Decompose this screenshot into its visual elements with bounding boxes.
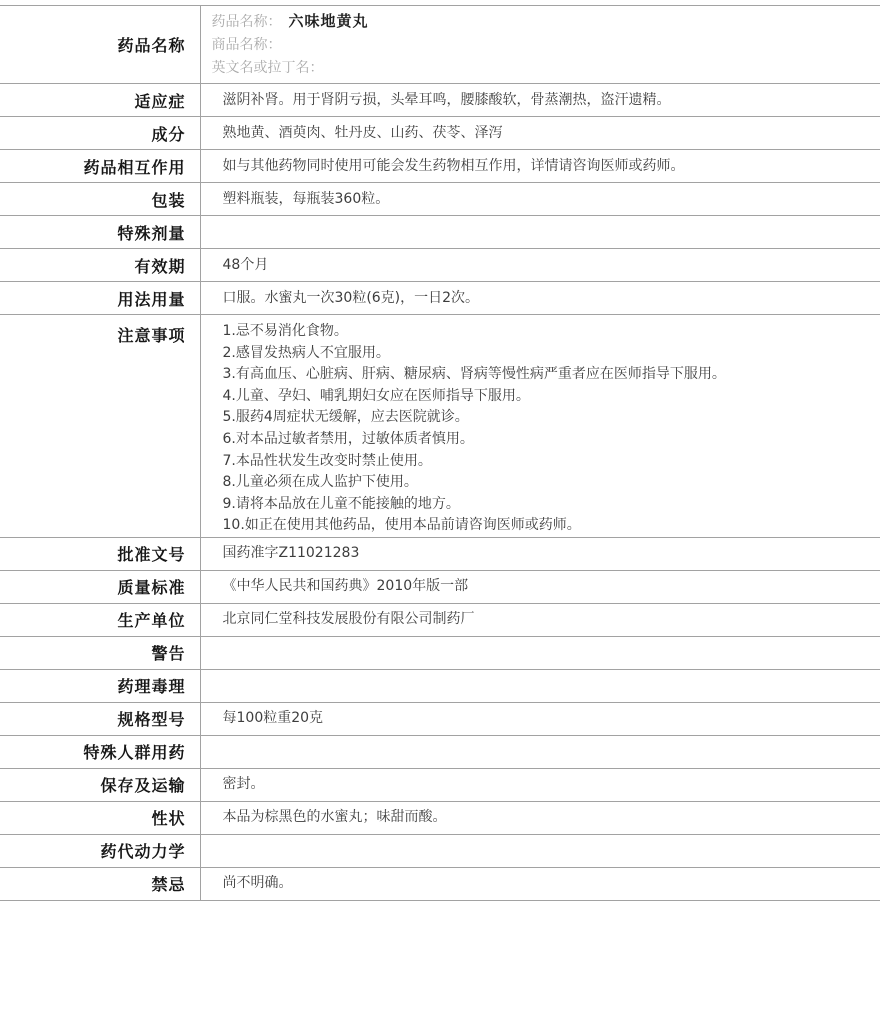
precaution-item: 2.感冒发热病人不宜服用。 bbox=[223, 343, 871, 365]
drug-name-value: 六味地黄丸 bbox=[289, 12, 369, 30]
row-content bbox=[200, 834, 880, 867]
table-row-approval-number: 批准文号 国药准字Z11021283 bbox=[0, 537, 880, 570]
field-key: 英文名或拉丁名： bbox=[212, 60, 324, 76]
precaution-item: 4.儿童、孕妇、哺乳期妇女应在医师指导下服用。 bbox=[223, 386, 871, 408]
row-label: 药理毒理 bbox=[0, 669, 200, 702]
row-label: 特殊剂量 bbox=[0, 216, 200, 249]
table-row-special-dosage: 特殊剂量 bbox=[0, 216, 880, 249]
table-row-contraindications: 禁忌 尚不明确。 bbox=[0, 867, 880, 900]
row-label: 药代动力学 bbox=[0, 834, 200, 867]
row-content: 北京同仁堂科技发展股份有限公司制药厂 bbox=[200, 603, 880, 636]
row-content bbox=[200, 735, 880, 768]
row-label: 有效期 bbox=[0, 249, 200, 282]
table-row-specification: 规格型号 每100粒重20克 bbox=[0, 702, 880, 735]
row-label: 批准文号 bbox=[0, 537, 200, 570]
row-content: 每100粒重20克 bbox=[200, 702, 880, 735]
table-row-precautions: 注意事项 1.忌不易消化食物。 2.感冒发热病人不宜服用。 3.有高血压、心脏病… bbox=[0, 315, 880, 538]
row-label: 用法用量 bbox=[0, 282, 200, 315]
table-row-properties: 性状 本品为棕黑色的水蜜丸；味甜而酸。 bbox=[0, 801, 880, 834]
table-row-special-populations: 特殊人群用药 bbox=[0, 735, 880, 768]
table-row-pharmacology-toxicology: 药理毒理 bbox=[0, 669, 880, 702]
table-row-manufacturer: 生产单位 北京同仁堂科技发展股份有限公司制药厂 bbox=[0, 603, 880, 636]
row-label: 警告 bbox=[0, 636, 200, 669]
row-content: 口服。水蜜丸一次30粒(6克)，一日2次。 bbox=[200, 282, 880, 315]
precaution-item: 3.有高血压、心脏病、肝病、糖尿病、肾病等慢性病严重者应在医师指导下服用。 bbox=[223, 364, 871, 386]
table-row-packaging: 包装 塑料瓶装，每瓶装360粒。 bbox=[0, 183, 880, 216]
row-content: 塑料瓶装，每瓶装360粒。 bbox=[200, 183, 880, 216]
row-label: 性状 bbox=[0, 801, 200, 834]
precaution-item: 5.服药4周症状无缓解，应去医院就诊。 bbox=[223, 407, 871, 429]
field-key: 药品名称： bbox=[212, 14, 282, 30]
latin-name-line: 英文名或拉丁名： bbox=[212, 56, 871, 79]
row-label: 生产单位 bbox=[0, 603, 200, 636]
row-label: 禁忌 bbox=[0, 867, 200, 900]
row-content: 熟地黄、酒萸肉、牡丹皮、山药、茯苓、泽泻 bbox=[200, 117, 880, 150]
row-label: 成分 bbox=[0, 117, 200, 150]
table-row-ingredients: 成分 熟地黄、酒萸肉、牡丹皮、山药、茯苓、泽泻 bbox=[0, 117, 880, 150]
table-row-drug-interactions: 药品相互作用 如与其他药物同时使用可能会发生药物相互作用，详情请咨询医师或药师。 bbox=[0, 150, 880, 183]
table-row-quality-standard: 质量标准 《中华人民共和国药典》2010年版一部 bbox=[0, 570, 880, 603]
row-content: 《中华人民共和国药典》2010年版一部 bbox=[200, 570, 880, 603]
row-content: 1.忌不易消化食物。 2.感冒发热病人不宜服用。 3.有高血压、心脏病、肝病、糖… bbox=[200, 315, 880, 538]
trade-name-line: 商品名称： bbox=[212, 33, 871, 56]
row-label: 药品名称 bbox=[0, 6, 200, 84]
drug-info-table: 药品名称 药品名称：六味地黄丸 商品名称： 英文名或拉丁名： 适应症 滋阴补肾。… bbox=[0, 5, 880, 901]
precaution-item: 8.儿童必须在成人监护下使用。 bbox=[223, 472, 871, 494]
row-label: 质量标准 bbox=[0, 570, 200, 603]
row-content: 本品为棕黑色的水蜜丸；味甜而酸。 bbox=[200, 801, 880, 834]
row-content: 48个月 bbox=[200, 249, 880, 282]
row-content: 药品名称：六味地黄丸 商品名称： 英文名或拉丁名： bbox=[200, 6, 880, 84]
field-key: 商品名称： bbox=[212, 37, 282, 53]
row-label: 包装 bbox=[0, 183, 200, 216]
row-content bbox=[200, 216, 880, 249]
row-content: 国药准字Z11021283 bbox=[200, 537, 880, 570]
table-row-dosage-usage: 用法用量 口服。水蜜丸一次30粒(6克)，一日2次。 bbox=[0, 282, 880, 315]
table-row-storage-transport: 保存及运输 密封。 bbox=[0, 768, 880, 801]
row-content: 尚不明确。 bbox=[200, 867, 880, 900]
row-label: 保存及运输 bbox=[0, 768, 200, 801]
row-content bbox=[200, 669, 880, 702]
row-label: 规格型号 bbox=[0, 702, 200, 735]
drug-info-page: 药品名称 药品名称：六味地黄丸 商品名称： 英文名或拉丁名： 适应症 滋阴补肾。… bbox=[0, 0, 880, 1030]
precaution-item: 10.如正在使用其他药品，使用本品前请咨询医师或药师。 bbox=[223, 515, 871, 537]
row-label: 适应症 bbox=[0, 84, 200, 117]
table-row-pharmacokinetics: 药代动力学 bbox=[0, 834, 880, 867]
row-content: 如与其他药物同时使用可能会发生药物相互作用，详情请咨询医师或药师。 bbox=[200, 150, 880, 183]
precaution-item: 1.忌不易消化食物。 bbox=[223, 321, 871, 343]
row-label: 特殊人群用药 bbox=[0, 735, 200, 768]
precaution-item: 9.请将本品放在儿童不能接触的地方。 bbox=[223, 494, 871, 516]
row-label: 药品相互作用 bbox=[0, 150, 200, 183]
row-content: 滋阴补肾。用于肾阴亏损，头晕耳鸣，腰膝酸软，骨蒸潮热，盗汗遗精。 bbox=[200, 84, 880, 117]
table-row-warning: 警告 bbox=[0, 636, 880, 669]
table-row-shelf-life: 有效期 48个月 bbox=[0, 249, 880, 282]
precaution-item: 6.对本品过敏者禁用，过敏体质者慎用。 bbox=[223, 429, 871, 451]
drug-name-line: 药品名称：六味地黄丸 bbox=[212, 10, 871, 33]
table-row-indications: 适应症 滋阴补肾。用于肾阴亏损，头晕耳鸣，腰膝酸软，骨蒸潮热，盗汗遗精。 bbox=[0, 84, 880, 117]
precaution-item: 7.本品性状发生改变时禁止使用。 bbox=[223, 451, 871, 473]
row-content: 密封。 bbox=[200, 768, 880, 801]
row-content bbox=[200, 636, 880, 669]
table-row-drug-name: 药品名称 药品名称：六味地黄丸 商品名称： 英文名或拉丁名： bbox=[0, 6, 880, 84]
row-label: 注意事项 bbox=[0, 315, 200, 538]
